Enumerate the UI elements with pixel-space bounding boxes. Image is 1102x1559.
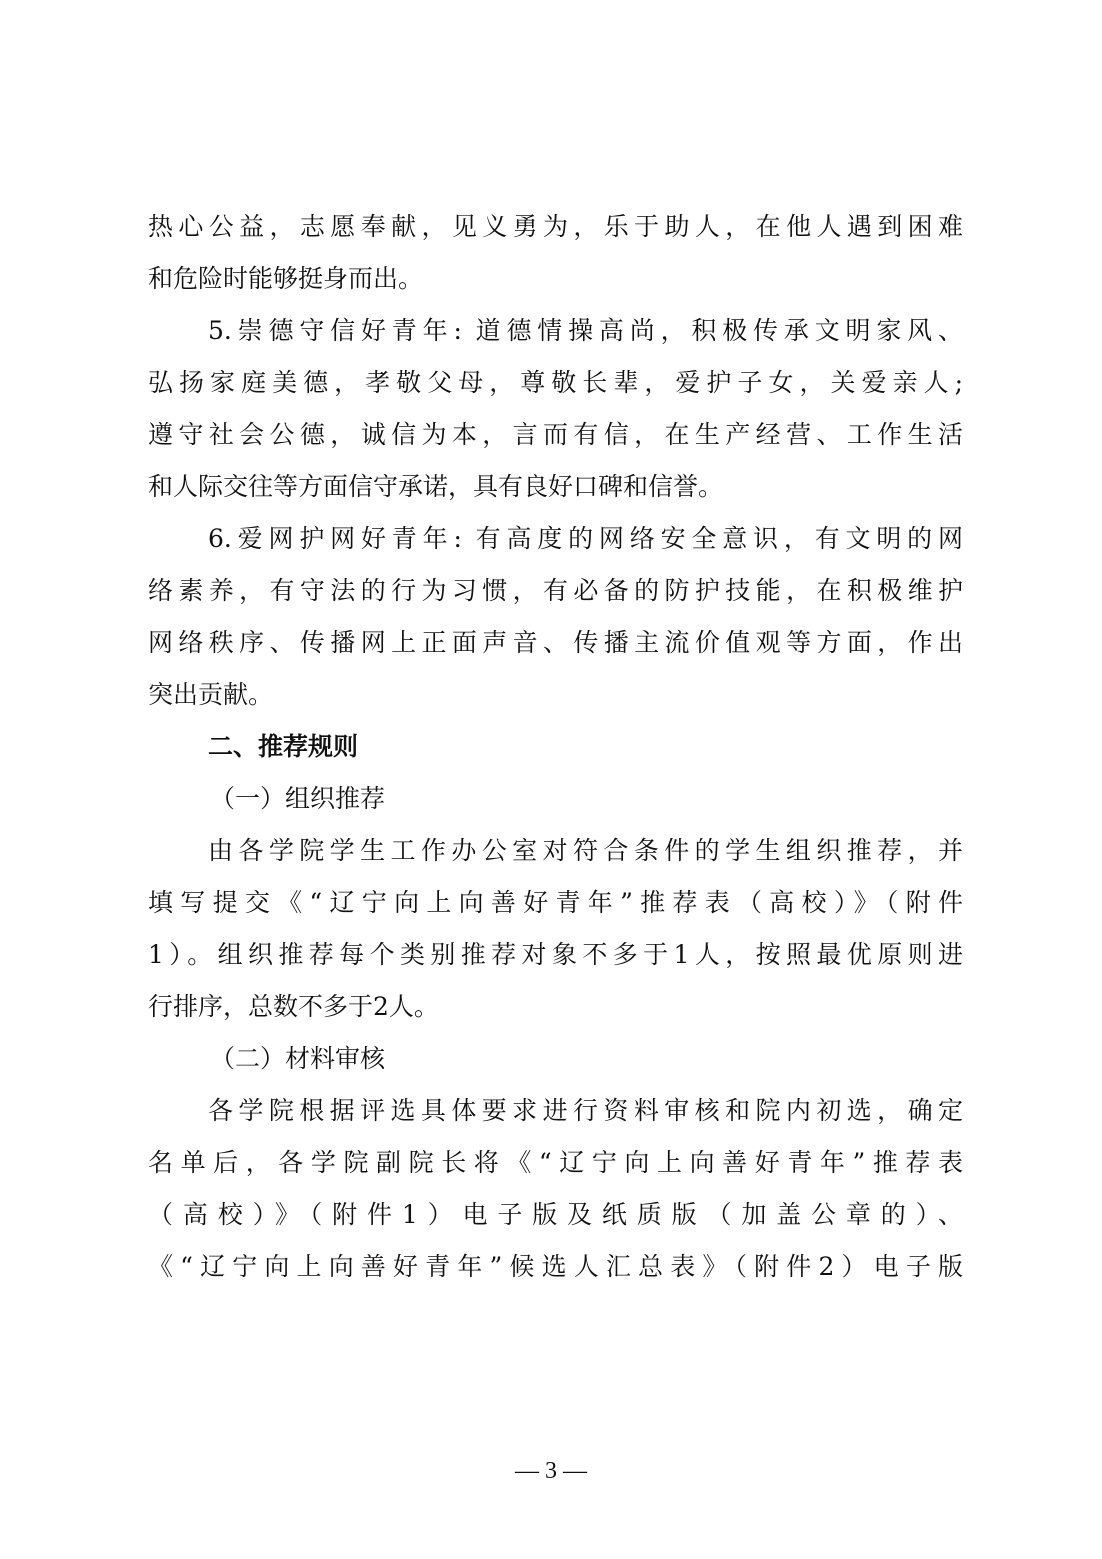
paragraph-line: 名单后，各学院副院长将《“辽宁向上向善好青年”推荐表 xyxy=(148,1137,963,1189)
paragraph-line: 遵守社会公德，诚信为本，言而有信，在生产经营、工作生活 xyxy=(148,409,963,461)
paragraph-line: 弘扬家庭美德，孝敬父母，尊敬长辈，爱护子女，关爱亲人; xyxy=(148,357,963,409)
paragraph-line: 由各学院学生工作办公室对符合条件的学生组织推荐，并 xyxy=(148,825,963,877)
paragraph-line: 填写提交《“辽宁向上向善好青年”推荐表（高校）》（附件 xyxy=(148,877,963,929)
subsection-heading: （二）材料审核 xyxy=(148,1033,963,1085)
paragraph-line: 和人际交往等方面信守承诺，具有良好口碑和信誉。 xyxy=(148,461,963,513)
section-heading: 二、推荐规则 xyxy=(148,721,963,773)
paragraph-line: 各学院根据评选具体要求进行资料审核和院内初选，确定 xyxy=(148,1085,963,1137)
paragraph-line: 1）。组织推荐每个类别推荐对象不多于1人，按照最优原则进 xyxy=(148,929,963,981)
paragraph-line: 突出贡献。 xyxy=(148,669,963,721)
paragraph-line: 热心公益，志愿奉献，见义勇为，乐于助人，在他人遇到困难 xyxy=(148,201,963,253)
paragraph-line: （高校）》（附件1）电子版及纸质版（加盖公章的）、 xyxy=(148,1189,963,1241)
paragraph-line: 《“辽宁向上向善好青年”候选人汇总表》（附件2）电子版 xyxy=(148,1241,963,1293)
paragraph-line: 网络秩序、传播网上正面声音、传播主流价值观等方面，作出 xyxy=(148,617,963,669)
document-body: 热心公益，志愿奉献，见义勇为，乐于助人，在他人遇到困难 和危险时能够挺身而出。 … xyxy=(148,201,963,1293)
document-page: 热心公益，志愿奉献，见义勇为，乐于助人，在他人遇到困难 和危险时能够挺身而出。 … xyxy=(0,0,1102,1559)
subsection-heading: （一）组织推荐 xyxy=(148,773,963,825)
paragraph-line: 络素养，有守法的行为习惯，有必备的防护技能，在积极维护 xyxy=(148,565,963,617)
paragraph-line-category-6: 6.爱网护网好青年: 有高度的网络安全意识，有文明的网 xyxy=(148,513,963,565)
paragraph-line: 行排序，总数不多于2人。 xyxy=(148,981,963,1033)
paragraph-line-category-5: 5.崇德守信好青年: 道德情操高尚，积极传承文明家风、 xyxy=(148,305,963,357)
page-number: — 3 — xyxy=(0,1458,1102,1485)
paragraph-line: 和危险时能够挺身而出。 xyxy=(148,253,963,305)
